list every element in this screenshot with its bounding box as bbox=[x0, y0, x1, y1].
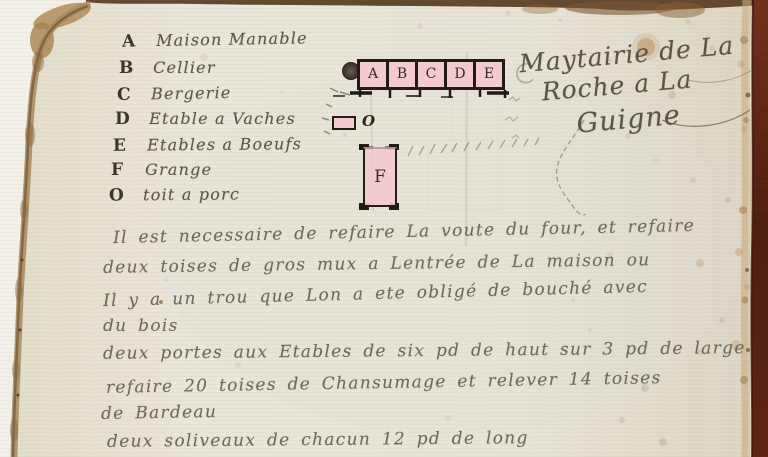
legend-key: F bbox=[111, 160, 129, 180]
legend-key: D bbox=[115, 109, 133, 129]
legend-key: A bbox=[122, 31, 140, 51]
legend-row: D Etable a Vaches bbox=[115, 109, 296, 129]
manuscript-line: deux soliveaux de chacun 12 pd de long bbox=[107, 428, 529, 452]
manuscript-page: A Maison Manable B Cellier C Bergerie D … bbox=[0, 0, 768, 457]
legend-key: O bbox=[109, 185, 127, 205]
floor-plan-row: A B C D E bbox=[357, 59, 505, 90]
legend-row: O toit a porc bbox=[109, 184, 240, 205]
plan-room-d: D bbox=[444, 59, 476, 90]
legend-label: Grange bbox=[134, 160, 212, 179]
plan-room-c: C bbox=[415, 59, 447, 90]
plan-room-a: A bbox=[357, 59, 389, 90]
legend-row: A Maison Manable bbox=[122, 28, 308, 51]
manuscript-line: de Bardeau bbox=[101, 402, 217, 424]
legend-label: Etable a Vaches bbox=[138, 109, 296, 128]
farm-title: Maytairie de La Roche a La Guigne bbox=[512, 31, 741, 145]
room-letter: F bbox=[374, 167, 386, 187]
room-letter: O bbox=[362, 112, 375, 130]
legend-label: Bergerie bbox=[140, 83, 232, 104]
room-letter: D bbox=[454, 66, 465, 82]
manuscript-line: du bois bbox=[103, 316, 179, 336]
legend-row: E Etables a Boeufs bbox=[113, 134, 302, 156]
legend-label: Maison Manable bbox=[145, 28, 308, 50]
room-letter: E bbox=[484, 66, 494, 82]
legend-row: C Bergerie bbox=[117, 83, 232, 105]
plan-room-e: E bbox=[473, 59, 505, 90]
room-letter: A bbox=[368, 66, 378, 82]
legend-label: Cellier bbox=[142, 58, 216, 77]
plan-room-pigsty: O bbox=[332, 116, 356, 130]
legend-row: B Cellier bbox=[119, 58, 216, 78]
legend-label: toit a porc bbox=[132, 184, 240, 204]
legend-key: C bbox=[117, 85, 135, 105]
legend-key: B bbox=[119, 58, 137, 78]
legend-key: E bbox=[113, 136, 131, 156]
plan-room-barn: F bbox=[363, 147, 397, 207]
legend-row: F Grange bbox=[111, 160, 212, 180]
legend-label: Etables a Boeufs bbox=[136, 134, 302, 154]
plan-room-b: B bbox=[386, 59, 418, 90]
room-letter: C bbox=[426, 66, 437, 82]
room-letter: B bbox=[397, 66, 407, 82]
book-binding-edge bbox=[751, 0, 768, 457]
